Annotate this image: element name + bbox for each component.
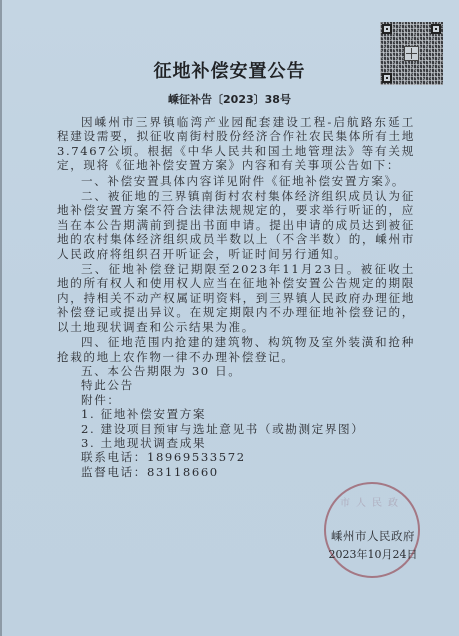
closing-text: 特此公告 (57, 378, 415, 392)
seal-text: 市人民政 (336, 494, 408, 509)
paragraph-item-1: 一、补偿安置具体内容详见附件《征地补偿安置方案》。 (57, 174, 415, 188)
attachment-item: 2. 建设项目预审与选址意见书（或勘测定界图） (57, 422, 415, 436)
qr-finder-pattern (382, 24, 392, 34)
document-number: 嵊征补告〔2023〕38号 (0, 91, 459, 107)
paragraph-item-5: 五、本公告期限为 30 日。 (57, 364, 415, 378)
paragraph-intro: 因嵊州市三界镇临湾产业园配套建设工程-启航路东延工程建设需要，拟征收南街村股份经… (57, 115, 415, 173)
paragraph-item-2: 二、被征地的三界镇南街村农村集体经济组织成员认为征地补偿安置方案不符合法律法规规… (57, 189, 415, 261)
signature-organization: 嵊州市人民政府 (326, 528, 420, 544)
attachment-item: 3. 土地现状调查成果 (57, 436, 415, 450)
document-title: 征地补偿安置公告 (0, 57, 459, 83)
attachments-label: 附件： (57, 393, 415, 407)
paragraph-item-4: 四、征地范围内抢建的建筑物、构筑物及室外装潢和抢种抢栽的地上农作物一律不办理补偿… (57, 335, 415, 364)
supervision-phone: 监督电话：83118660 (57, 465, 415, 479)
qr-finder-pattern (431, 24, 441, 34)
paragraph-item-3: 三、征地补偿登记期限至2023年11月23日。被征收土地的所有权人和使用权人应当… (57, 262, 415, 334)
signature-date: 2023年10月24日 (324, 546, 422, 562)
attachment-item: 1. 征地补偿安置方案 (57, 407, 415, 421)
contact-phone: 联系电话：18969533572 (57, 450, 415, 464)
document-body: 因嵊州市三界镇临湾产业园配套建设工程-启航路东延工程建设需要，拟征收南街村股份经… (57, 115, 415, 479)
